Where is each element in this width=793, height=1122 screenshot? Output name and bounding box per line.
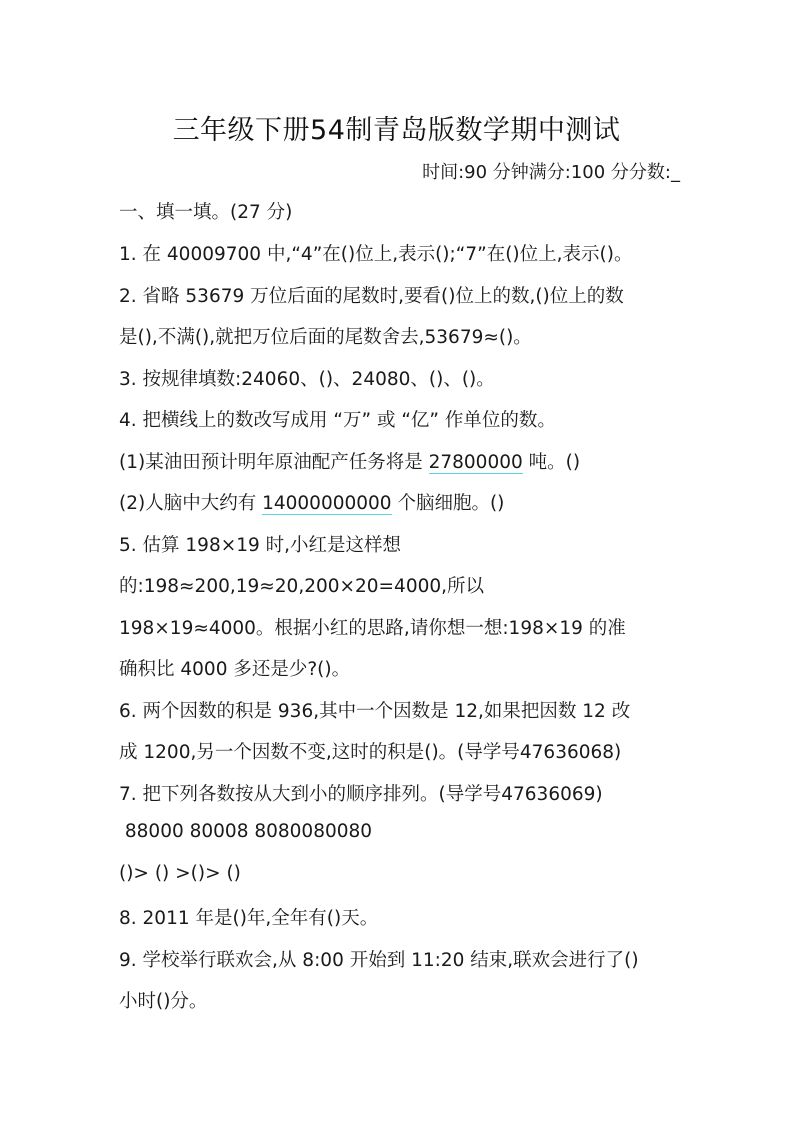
underlined-number: 14000000000 — [262, 493, 391, 515]
question-6-line-1: 6. 两个因数的积是 936,其中一个因数是 12,如果把因数 12 改 — [119, 697, 630, 723]
question-5-line-3: 198×19≈4000。根据小红的思路,请你想一想:198×19 的准 — [119, 614, 626, 640]
question-9-line-2: 小时()分。 — [119, 987, 207, 1013]
question-5-line-2: 的:198≈200,19≈20,200×20=4000,所以 — [119, 572, 484, 598]
question-4-part-2-prefix: (2)人脑中大约有 — [119, 493, 262, 514]
question-2-line-1: 2. 省略 53679 万位后面的尾数时,要看()位上的数,()位上的数 — [119, 282, 624, 308]
document-page: 三年级下册54制青岛版数学期中测试 时间:90 分钟满分:100 分分数:_ 一… — [0, 0, 793, 1122]
question-4-part-1: (1)某油田预计明年原油配产任务将是 27800000 吨。() — [119, 448, 580, 474]
question-4-part-2: (2)人脑中大约有 14000000000 个脑细胞。() — [119, 489, 504, 515]
question-8: 8. 2011 年是()年,全年有()天。 — [119, 904, 378, 930]
page-title: 三年级下册54制青岛版数学期中测试 — [0, 108, 793, 147]
question-5-line-1: 5. 估算 198×19 时,小红是这样想 — [119, 531, 401, 557]
question-7-line-1: 7. 把下列各数按从大到小的顺序排列。(导学号47636069) — [119, 780, 603, 806]
question-3: 3. 按规律填数:24060、()、24080、()、()。 — [119, 365, 495, 391]
question-5-line-4: 确积比 4000 多还是少?()。 — [119, 655, 350, 681]
question-7-numbers: 88000 80008 8080080080 — [119, 821, 372, 842]
question-4: 4. 把横线上的数改写成用 “万” 或 “亿” 作单位的数。 — [119, 406, 556, 432]
question-4-part-1-prefix: (1)某油田预计明年原油配产任务将是 — [119, 452, 429, 473]
question-9-line-1: 9. 学校举行联欢会,从 8:00 开始到 11:20 结束,联欢会进行了() — [119, 946, 639, 972]
question-7-answer-blanks: ()> () >()> () — [119, 863, 241, 884]
question-4-part-1-suffix: 吨。() — [523, 452, 580, 473]
question-1: 1. 在 40009700 中,“4”在()位上,表示();“7”在()位上,表… — [119, 240, 632, 266]
section-heading: 一、填一填。(27 分) — [119, 198, 292, 224]
exam-meta-info: 时间:90 分钟满分:100 分分数:_ — [422, 158, 680, 184]
question-2-line-2: 是(),不满(),就把万位后面的尾数舍去,53679≈()。 — [119, 323, 532, 349]
question-6-line-2: 成 1200,另一个因数不变,这时的积是()。(导学号47636068) — [119, 738, 621, 764]
underlined-number: 27800000 — [429, 452, 523, 474]
question-4-part-2-suffix: 个脑细胞。() — [392, 493, 505, 514]
